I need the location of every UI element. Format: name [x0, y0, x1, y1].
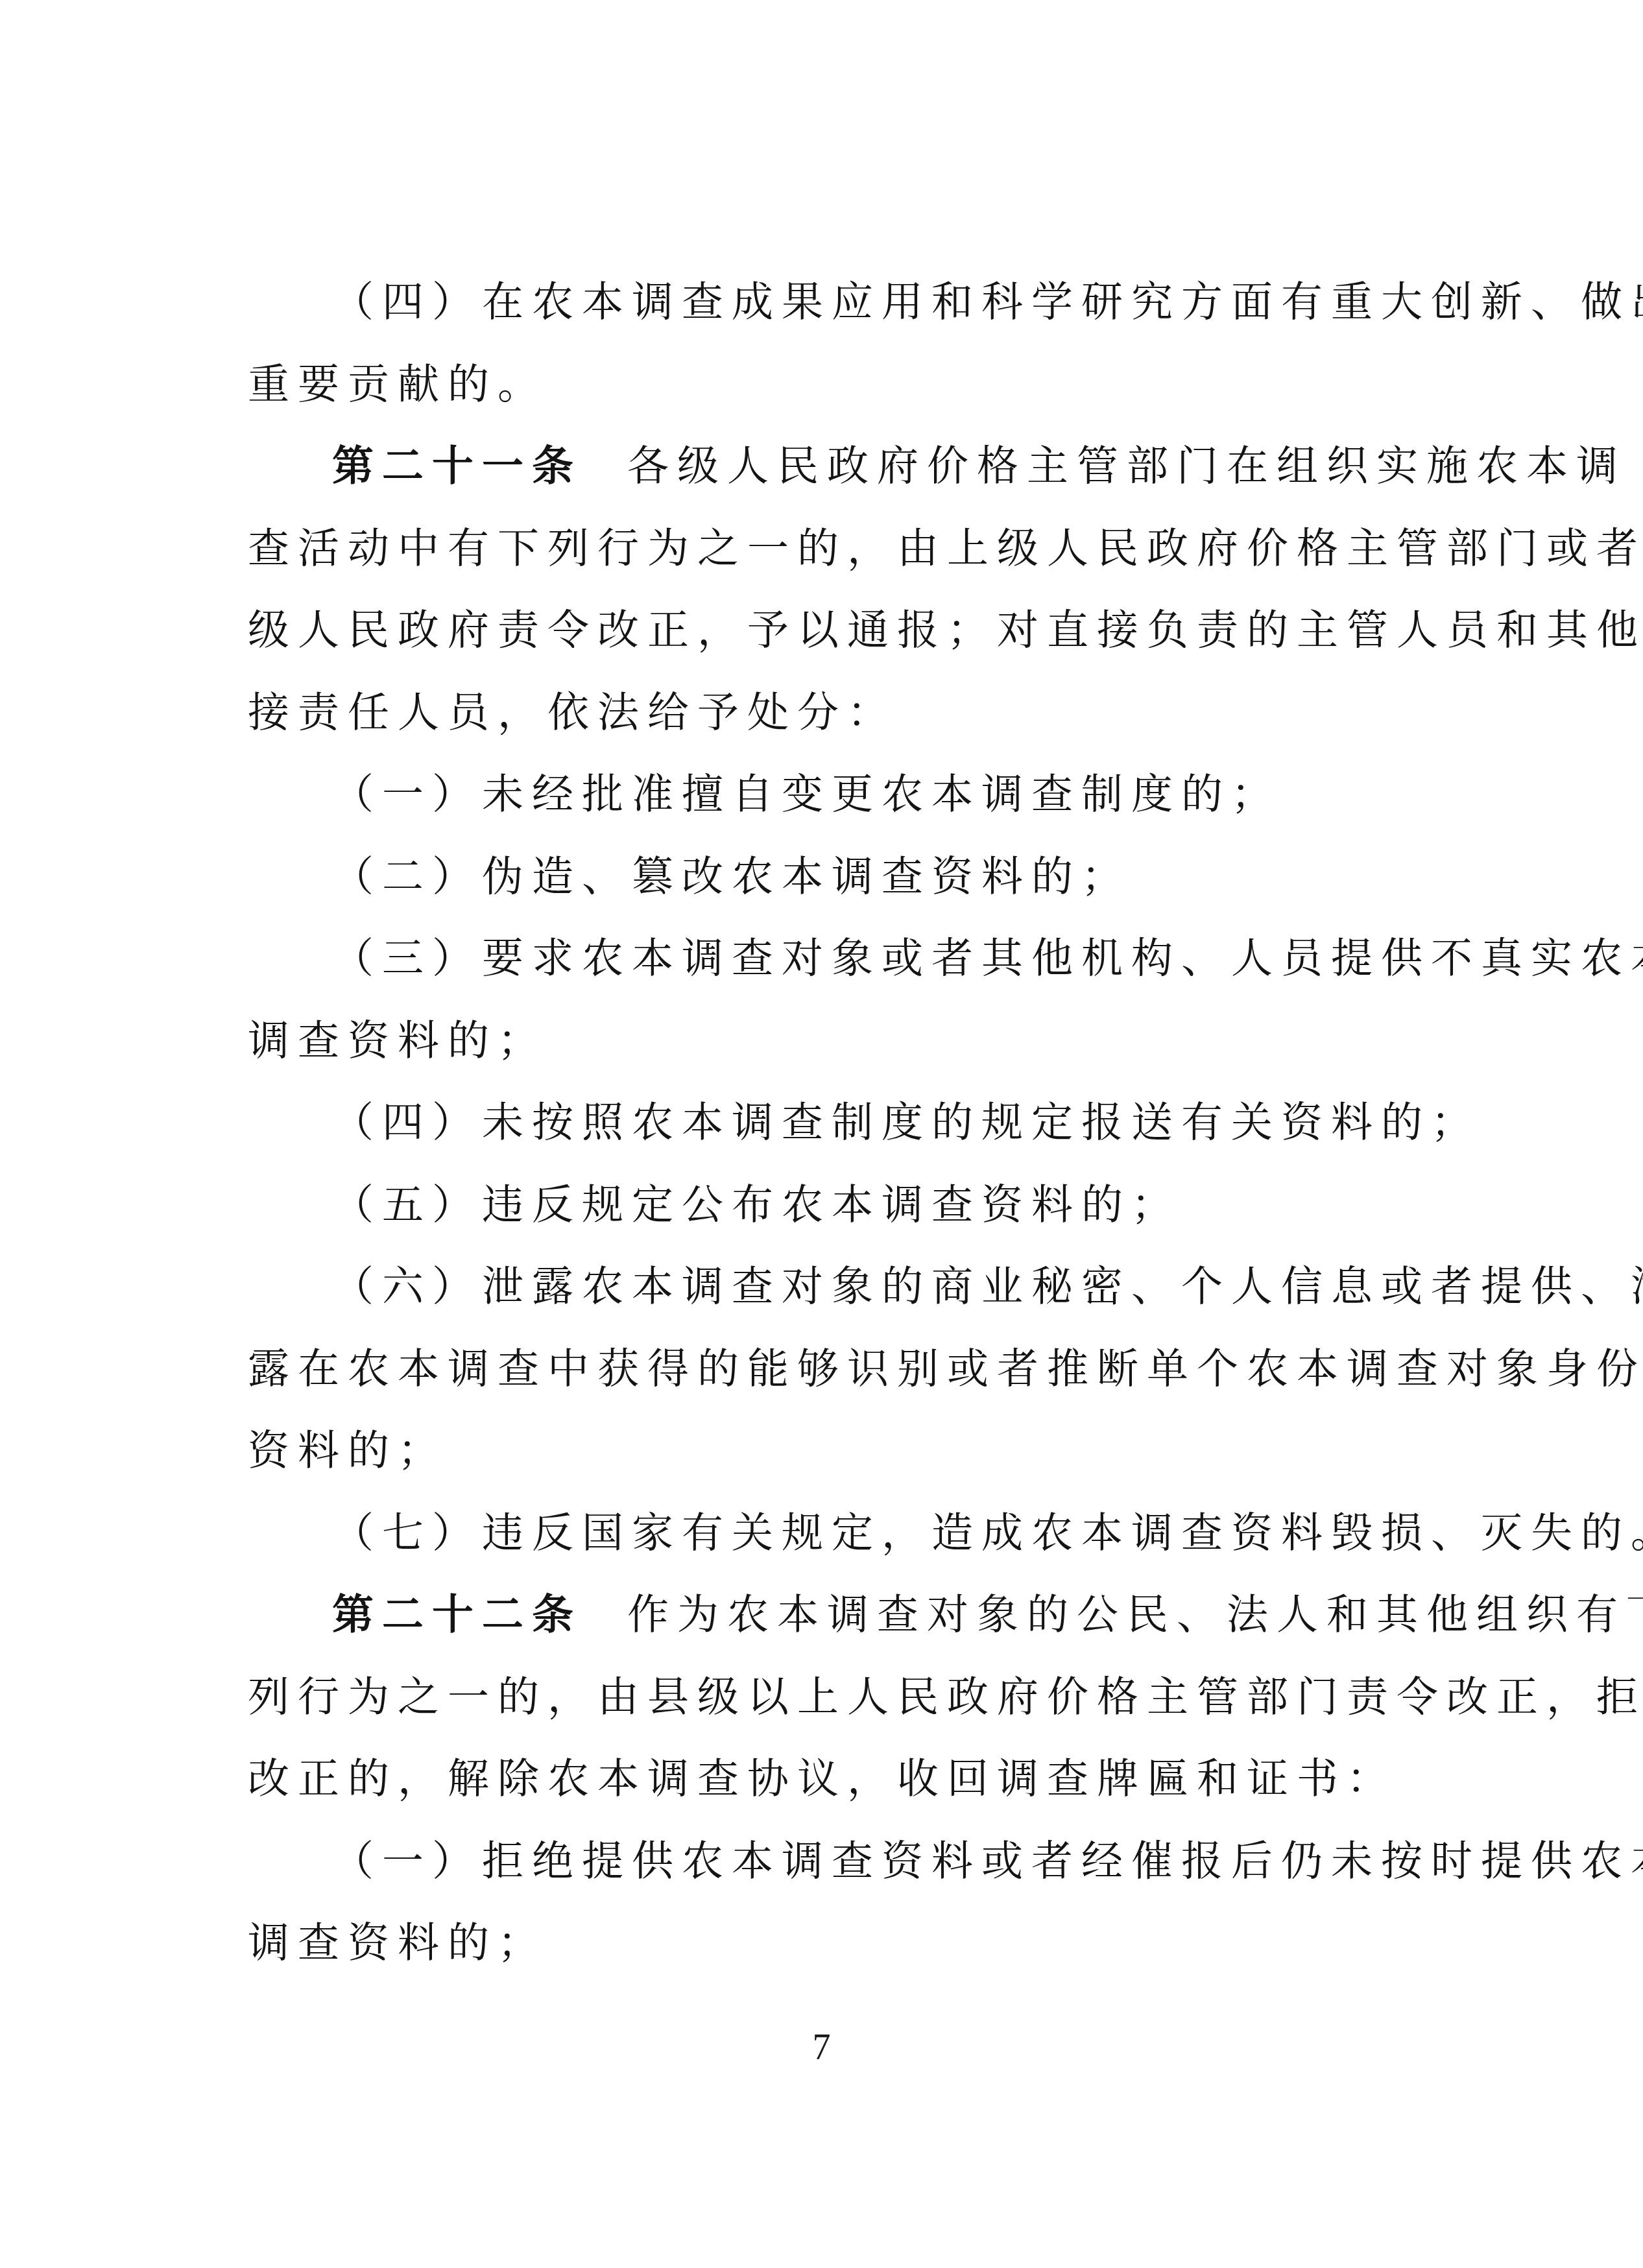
paragraph-line-continuation: 调查资料的；: [248, 1912, 1415, 1994]
article-22-heading-line: 第二十二条作为农本调查对象的公民、法人和其他组织有下: [248, 1584, 1415, 1666]
article-21-item-5: （五）违反规定公布农本调查资料的；: [248, 1174, 1415, 1256]
paragraph-line-continuation: 级人民政府责令改正，予以通报；对直接负责的主管人员和其他直: [248, 599, 1415, 682]
article-21-item-2: （二）伪造、篡改农本调查资料的；: [248, 846, 1415, 928]
page-number: 7: [0, 2027, 1643, 2068]
article-21-heading-line: 第二十一条各级人民政府价格主管部门在组织实施农本调: [248, 435, 1415, 518]
paragraph-line-item-4-achievement: （四）在农本调查成果应用和科学研究方面有重大创新、做出: [248, 271, 1415, 353]
paragraph-line-continuation: 查活动中有下列行为之一的，由上级人民政府价格主管部门或者本: [248, 518, 1415, 600]
paragraph-line-continuation: 露在农本调查中获得的能够识别或者推断单个农本调查对象身份: [248, 1338, 1415, 1420]
paragraph-line-continuation: 接责任人员，依法给予处分：: [248, 682, 1415, 764]
article-21-text: 各级人民政府价格主管部门在组织实施农本调: [627, 442, 1626, 490]
paragraph-line-continuation: 资料的；: [248, 1420, 1415, 1502]
article-21-label: 第二十一条: [332, 442, 582, 490]
document-body: （四）在农本调查成果应用和科学研究方面有重大创新、做出 重要贡献的。 第二十一条…: [248, 271, 1415, 1994]
article-21-item-4: （四）未按照农本调查制度的规定报送有关资料的；: [248, 1092, 1415, 1174]
article-21-item-3: （三）要求农本调查对象或者其他机构、人员提供不真实农本: [248, 927, 1415, 1010]
paragraph-line-continuation: 列行为之一的，由县级以上人民政府价格主管部门责令改正，拒不: [248, 1666, 1415, 1749]
article-22-text: 作为农本调查对象的公民、法人和其他组织有下: [627, 1591, 1643, 1639]
article-21-item-7: （七）违反国家有关规定，造成农本调查资料毁损、灭失的。: [248, 1502, 1415, 1584]
article-22-label: 第二十二条: [332, 1590, 582, 1639]
article-21-item-6: （六）泄露农本调查对象的商业秘密、个人信息或者提供、泄: [248, 1256, 1415, 1338]
article-22-item-1: （一）拒绝提供农本调查资料或者经催报后仍未按时提供农本: [248, 1830, 1415, 1913]
article-21-item-1: （一）未经批准擅自变更农本调查制度的；: [248, 763, 1415, 846]
paragraph-line-continuation: 调查资料的；: [248, 1010, 1415, 1092]
paragraph-line-continuation: 重要贡献的。: [248, 353, 1415, 436]
paragraph-line-continuation: 改正的，解除农本调查协议，收回调查牌匾和证书：: [248, 1748, 1415, 1830]
